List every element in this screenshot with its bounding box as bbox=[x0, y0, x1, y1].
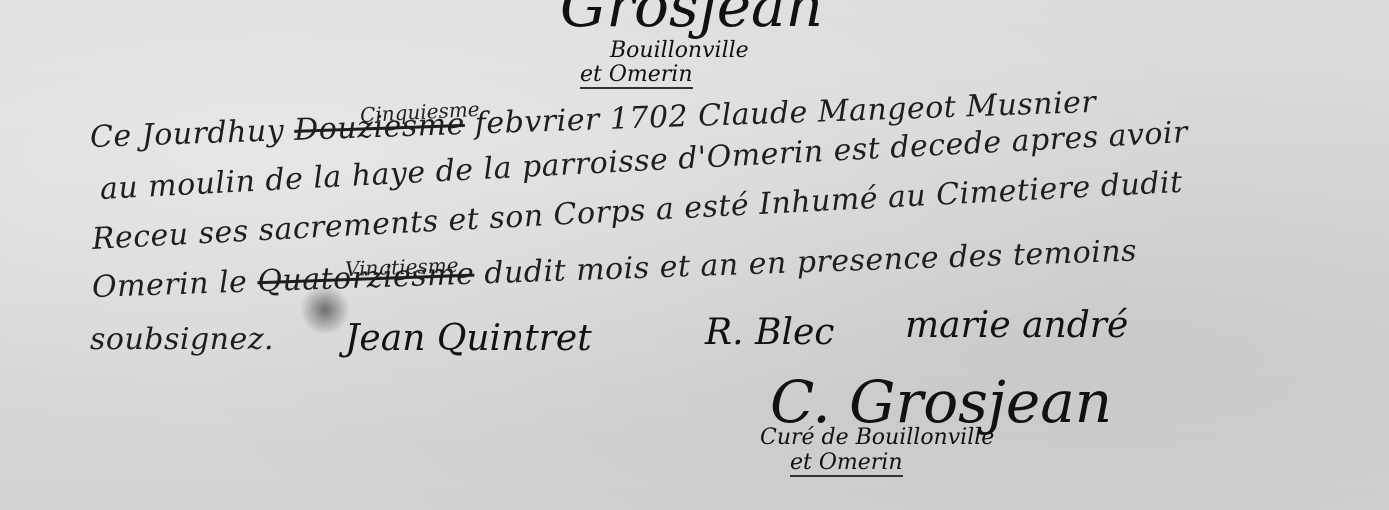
previous-signature-name: Grosjean bbox=[560, 0, 823, 40]
priest-signature-title-1: Curé de Bouillonville bbox=[760, 425, 994, 450]
witness-signature-3: marie andré bbox=[905, 305, 1128, 346]
previous-signature-title-1: Bouillonville bbox=[610, 38, 749, 63]
line-1-start: Ce Jourdhuy bbox=[89, 113, 284, 155]
previous-signature-title-2: et Omerin bbox=[580, 62, 693, 89]
witness-signature-2: R. Blec bbox=[705, 312, 834, 353]
entry-line-5: soubsignez. bbox=[90, 322, 274, 357]
witness-signature-1: Jean Quintret bbox=[345, 318, 592, 359]
line-4-start: Omerin le bbox=[91, 265, 248, 305]
priest-signature-title-2: et Omerin bbox=[790, 450, 903, 477]
line-4-insertion: Vingtiesme bbox=[345, 253, 459, 281]
